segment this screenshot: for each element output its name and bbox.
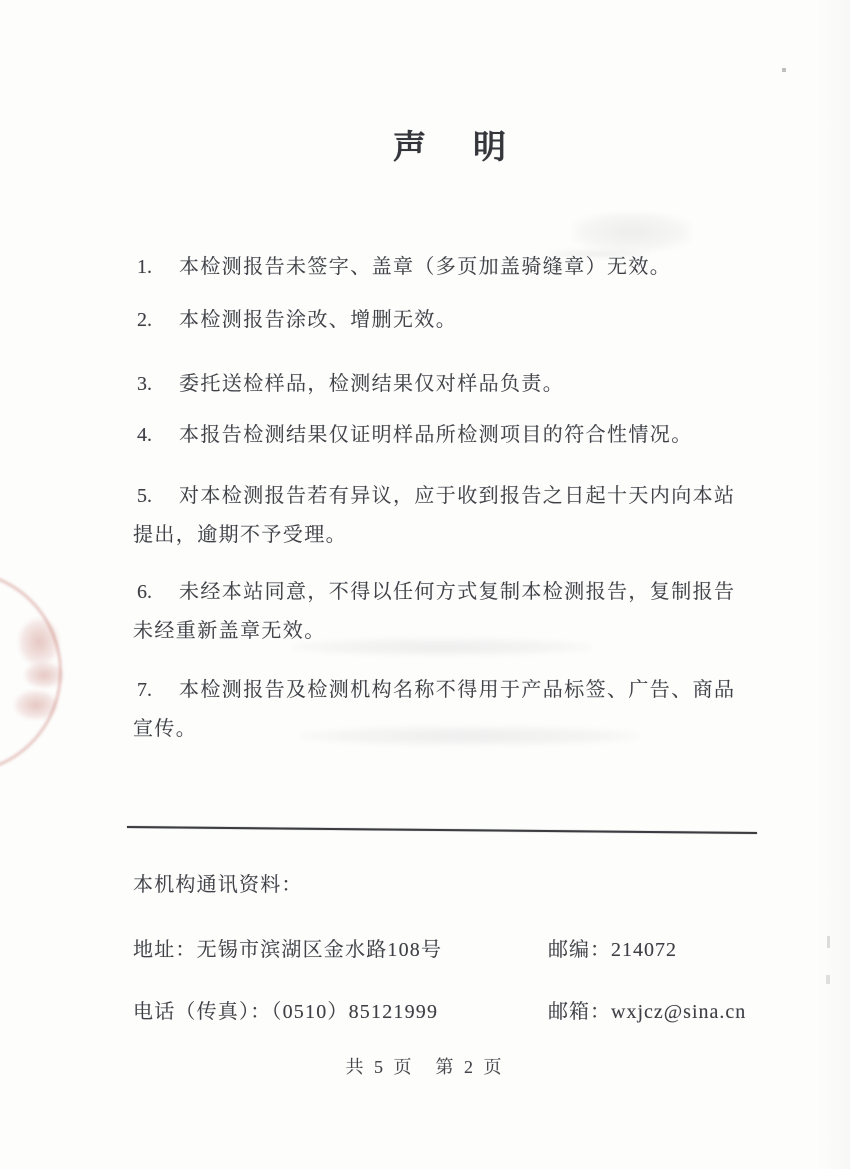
item-text: 本检测报告未签字、盖章（多页加盖骑缝章）无效。 (179, 256, 671, 278)
red-seal-fragment (18, 618, 60, 666)
contact-row-address: 地址：无锡市滨湖区金水路108号 邮编：214072 (133, 931, 833, 970)
item-number: 7. (133, 671, 179, 710)
item-text-continuation: 提出，逾期不予受理。 (133, 516, 773, 555)
declaration-item-7: 7.本检测报告及检测机构名称不得用于产品标签、广告、商品 宣传。 (133, 671, 773, 749)
item-text-continuation: 宣传。 (133, 710, 773, 749)
item-text-continuation: 未经重新盖章无效。 (133, 612, 773, 651)
contact-row-phone: 电话（传真）：（0510）85121999 邮箱：wxjcz@sina.cn (133, 993, 833, 1032)
item-text: 本检测报告及检测机构名称不得用于产品标签、广告、商品 (179, 679, 735, 701)
horizontal-divider (127, 826, 757, 834)
declaration-item-2: 2.本检测报告涂改、增删无效。 (133, 301, 773, 340)
red-seal-fragment (14, 690, 58, 720)
item-number: 4. (133, 416, 179, 455)
item-text: 委托送检样品，检测结果仅对样品负责。 (179, 373, 564, 395)
email-text: 邮箱：wxjcz@sina.cn (548, 993, 746, 1032)
declaration-item-1: 1.本检测报告未签字、盖章（多页加盖骑缝章）无效。 (133, 248, 773, 287)
item-number: 1. (133, 248, 179, 287)
item-number: 6. (133, 573, 179, 612)
item-text: 本检测报告涂改、增删无效。 (179, 309, 457, 331)
item-number: 5. (133, 477, 179, 516)
declaration-item-5: 5.对本检测报告若有异议，应于收到报告之日起十天内向本站 提出，逾期不予受理。 (133, 477, 773, 555)
item-number: 2. (133, 301, 179, 340)
address-text: 地址：无锡市滨湖区金水路108号 (133, 939, 442, 961)
item-text: 本报告检测结果仅证明样品所检测项目的符合性情况。 (179, 424, 693, 446)
scanned-document-page: 声 明 1.本检测报告未签字、盖章（多页加盖骑缝章）无效。 2.本检测报告涂改、… (0, 0, 850, 1169)
red-seal-fragment (24, 662, 64, 688)
item-number: 3. (133, 365, 179, 404)
page-title: 声 明 (393, 128, 513, 168)
item-text: 对本检测报告若有异议，应于收到报告之日起十天内向本站 (179, 485, 735, 507)
ink-bleed-artifact (572, 212, 692, 252)
declaration-item-4: 4.本报告检测结果仅证明样品所检测项目的符合性情况。 (133, 416, 773, 455)
scan-speck (782, 68, 786, 72)
item-text: 未经本站同意，不得以任何方式复制本检测报告，复制报告 (179, 581, 735, 603)
declaration-item-3: 3.委托送检样品，检测结果仅对样品负责。 (133, 365, 773, 404)
postal-code-text: 邮编：214072 (548, 931, 677, 970)
phone-fax-text: 电话（传真）：（0510）85121999 (133, 1001, 438, 1023)
scan-speck (826, 975, 830, 984)
contact-heading: 本机构通讯资料： (133, 866, 303, 905)
page-footer: 共 5 页 第 2 页 (0, 1052, 850, 1082)
declaration-item-6: 6.未经本站同意，不得以任何方式复制本检测报告，复制报告 未经重新盖章无效。 (133, 573, 773, 651)
